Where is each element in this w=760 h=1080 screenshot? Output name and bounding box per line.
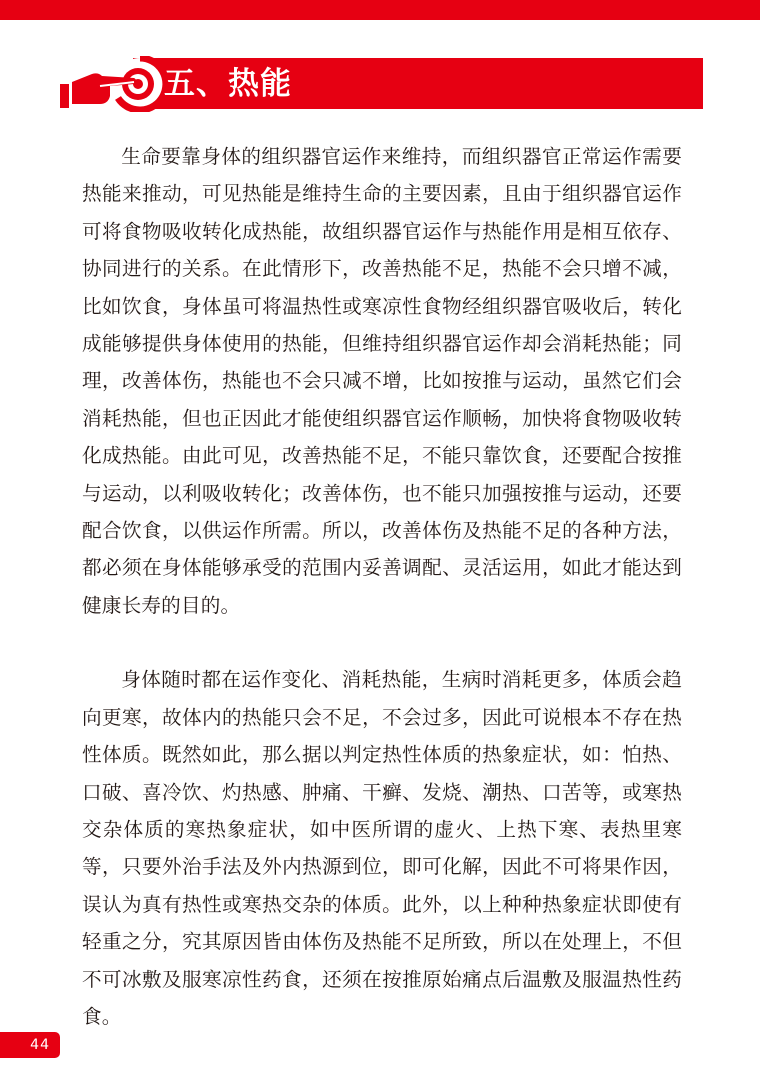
pointing-hand-target-icon bbox=[58, 56, 163, 112]
page-number: 44 bbox=[30, 1032, 50, 1058]
page-number-badge: 44 bbox=[0, 1032, 60, 1058]
paragraph: 身体随时都在运作变化、消耗热能，生病时消耗更多，体质会趋向更寒，故体内的热能只会… bbox=[82, 661, 682, 1035]
section-title: 五、热能 bbox=[164, 60, 292, 108]
body-text: 生命要靠身体的组织器官运作来维持，而组织器官正常运作需要热能来推动，可见热能是维… bbox=[82, 138, 682, 1035]
top-accent-bar bbox=[0, 0, 760, 20]
paragraph: 生命要靠身体的组织器官运作来维持，而组织器官正常运作需要热能来推动，可见热能是维… bbox=[82, 138, 682, 624]
